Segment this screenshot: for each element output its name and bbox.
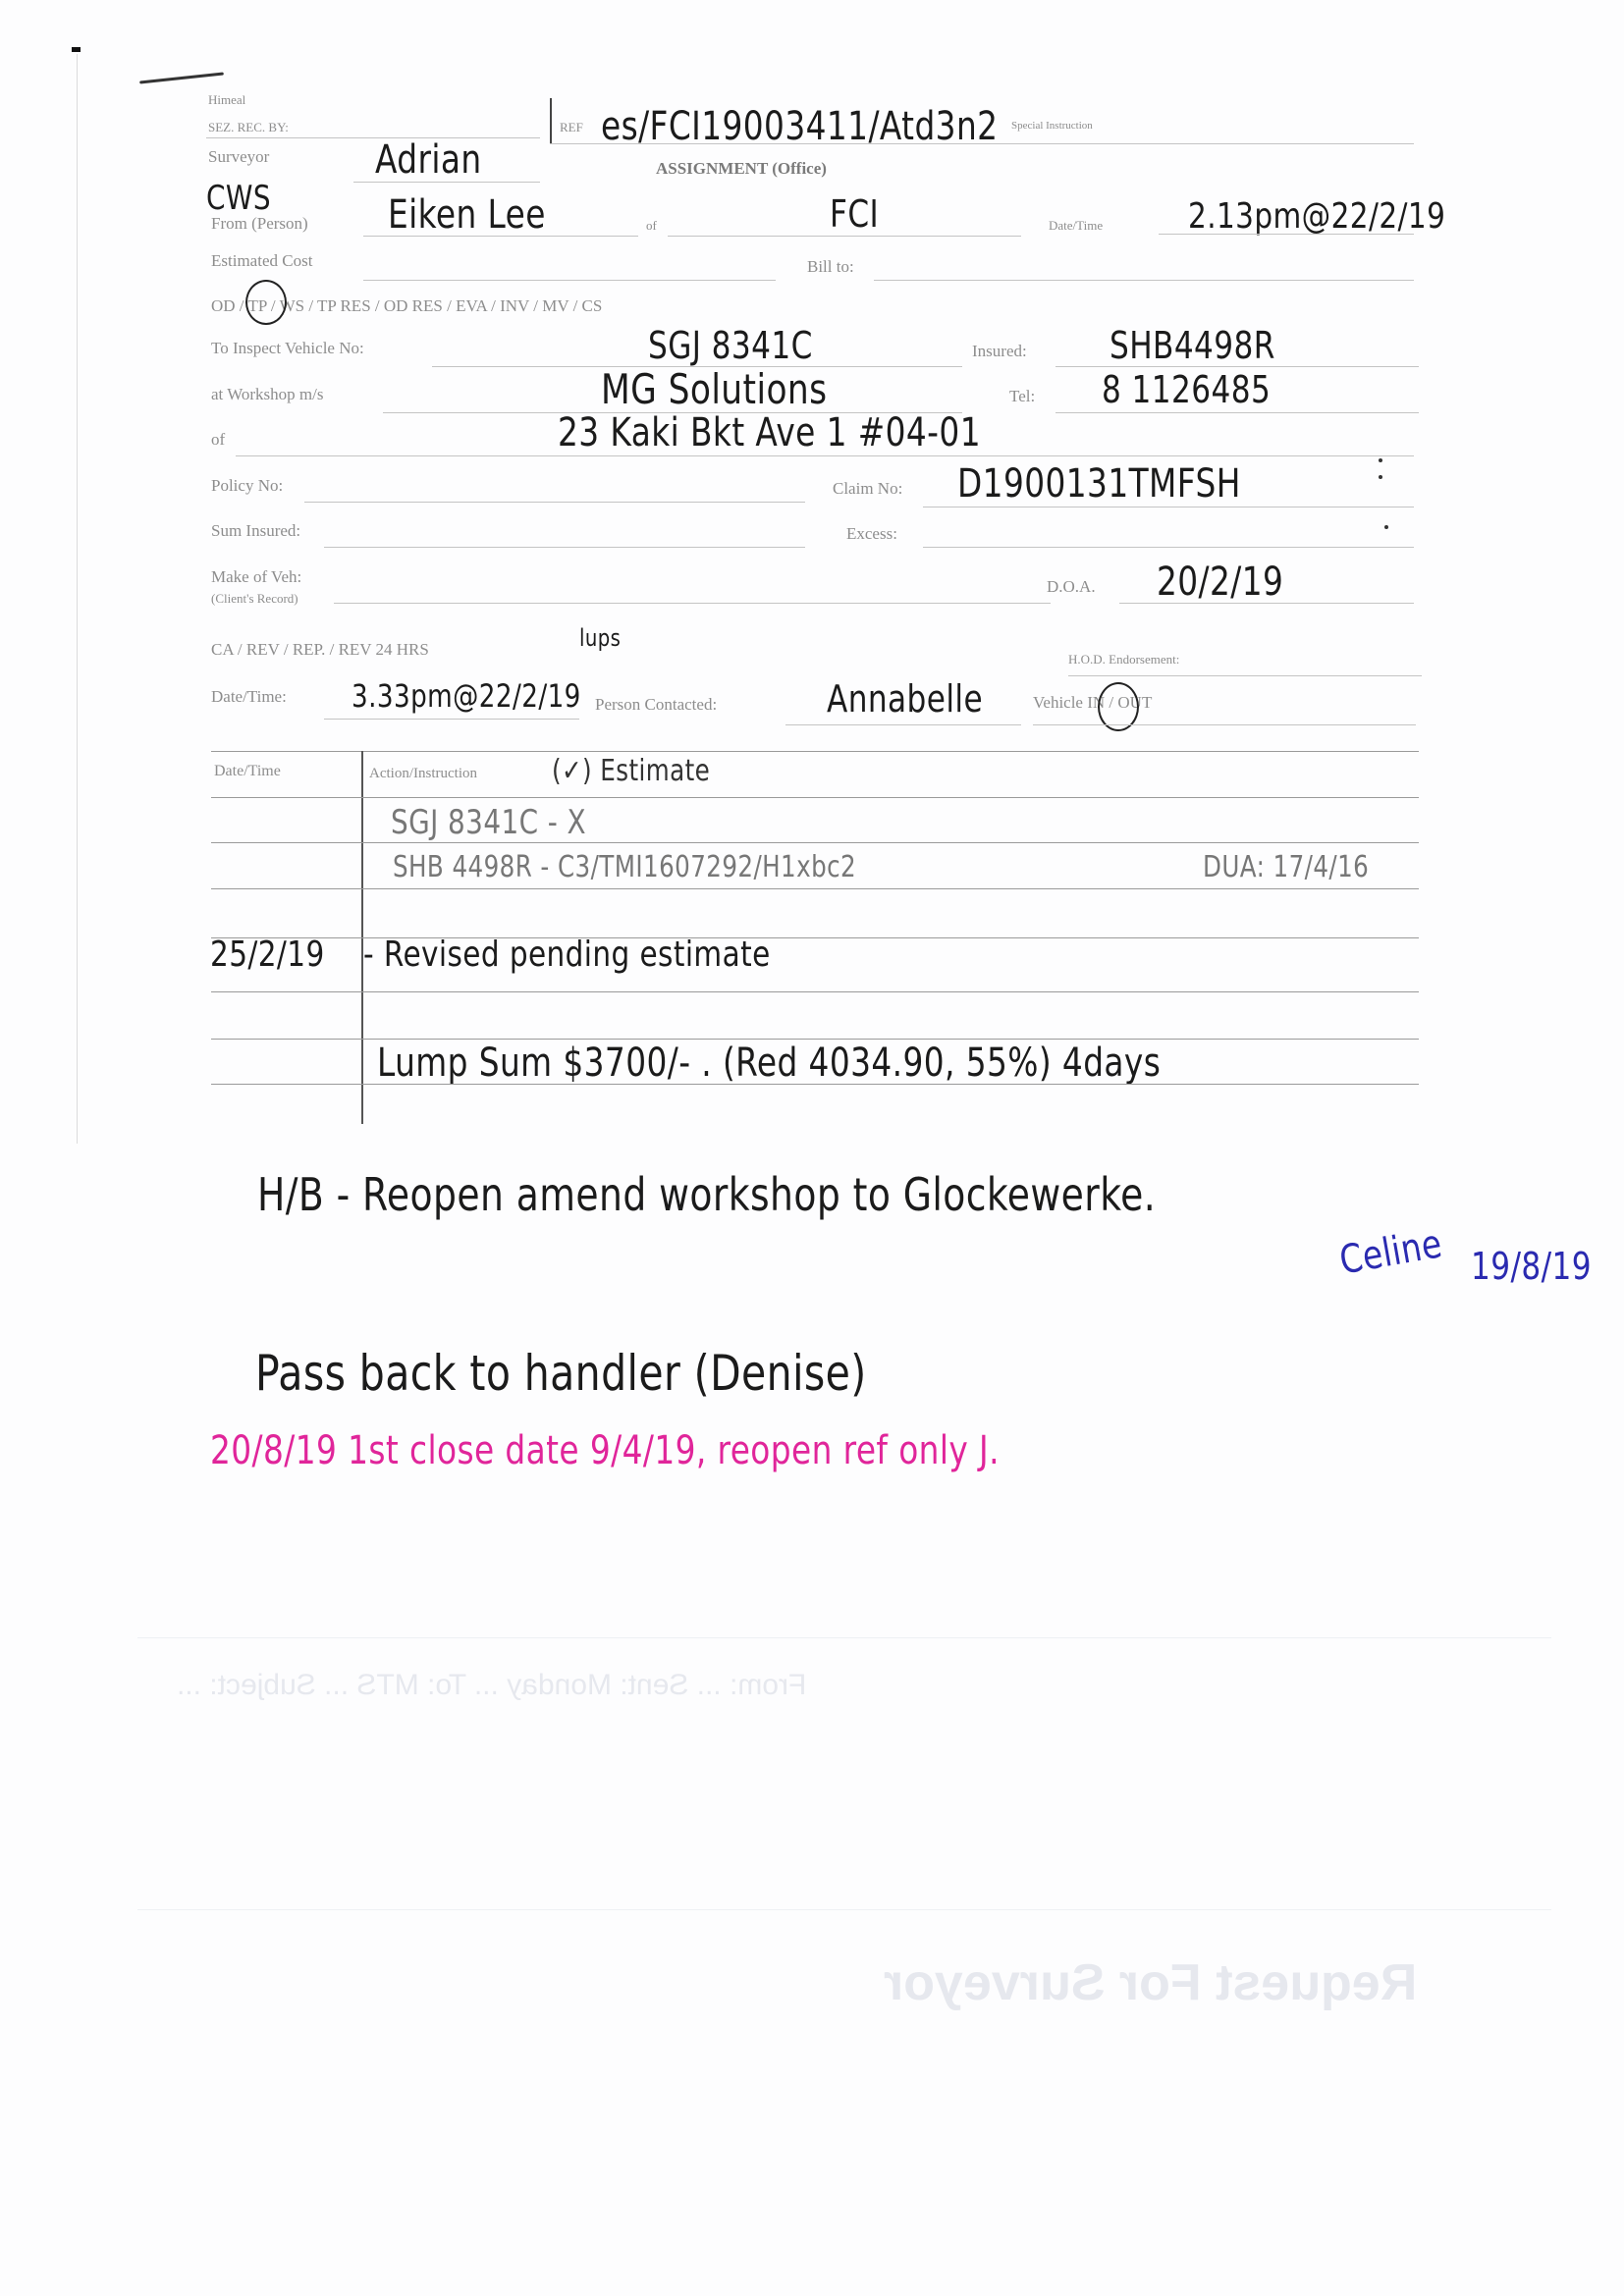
- surveyor-label: Surveyor: [208, 147, 269, 167]
- vehicle-no-value: SGJ 8341C: [648, 324, 813, 367]
- bleed-line: [137, 1637, 1551, 1638]
- ref-divider: [550, 98, 552, 143]
- sum-insured-label: Sum Insured:: [211, 521, 300, 541]
- tel-value: 8 1126485: [1102, 368, 1271, 411]
- scan-mark: [72, 47, 81, 52]
- log-entry-action: Lump Sum $3700/- . (Red 4034.90, 55%) 4d…: [377, 1041, 1161, 1086]
- header-small-label: Himeal: [208, 92, 245, 108]
- signature-date: 19/8/19: [1471, 1245, 1592, 1288]
- claim-no-label: Claim No:: [833, 479, 902, 499]
- log-entry-date: 25/2/19: [210, 934, 325, 975]
- clients-record-label: (Client's Record): [211, 591, 298, 607]
- hod-endorsement-label: H.O.D. Endorsement:: [1068, 652, 1179, 667]
- estimated-cost-label: Estimated Cost: [211, 251, 312, 271]
- insured-label: Insured:: [972, 342, 1027, 361]
- doa-value: 20/2/19: [1157, 560, 1283, 605]
- log-entry-action: SGJ 8341C - X: [391, 803, 586, 842]
- assignment-title: ASSIGNMENT (Office): [656, 159, 827, 179]
- of-label: of: [646, 218, 657, 234]
- category-circle-mark: [245, 280, 287, 325]
- person-contacted-value: Annabelle: [827, 677, 983, 721]
- contact-date-time-value: 3.33pm@22/2/19: [352, 677, 581, 715]
- pen-stroke: [139, 73, 224, 84]
- log-date-header: Date/Time: [214, 763, 281, 780]
- vehicle-no-label: To Inspect Vehicle No:: [211, 339, 364, 358]
- surveyor-value: Adrian: [375, 137, 482, 183]
- doa-label: D.O.A.: [1047, 577, 1096, 597]
- log-entry-action: - Revised pending estimate: [363, 934, 771, 975]
- of-company-value: FCI: [830, 192, 879, 236]
- ref-label: REF: [560, 120, 583, 135]
- reopen-note: H/B - Reopen amend workshop to Glockewer…: [257, 1168, 1156, 1221]
- make-of-veh-label: Make of Veh:: [211, 567, 301, 587]
- person-contacted-label: Person Contacted:: [595, 695, 717, 715]
- log-entry-action: SHB 4498R - C3/TMI1607292/H1xbc2: [393, 850, 856, 884]
- bleed-through-title: Request For Surveyor: [884, 1953, 1417, 2012]
- rev-note: lups: [579, 624, 621, 652]
- header-small-label: SEZ. REC. BY:: [208, 120, 289, 135]
- scan-edge: [77, 54, 78, 1144]
- workshop-label: at Workshop m/s: [211, 385, 323, 404]
- scanned-form-page: From: ... Sent: Monday ... To: MTS ... S…: [0, 0, 1624, 2296]
- signature: Celine: [1336, 1221, 1445, 1283]
- bill-to-label: Bill to:: [807, 257, 854, 277]
- date-time-label: Date/Time: [1049, 218, 1103, 234]
- from-person-label: From (Person): [211, 214, 308, 234]
- assigned-date-time: 2.13pm@22/2/19: [1188, 196, 1445, 237]
- excess-label: Excess:: [846, 524, 897, 544]
- log-entry-action: (✓) Estimate: [552, 754, 710, 788]
- insured-value: SHB4498R: [1110, 324, 1275, 367]
- special-instruction-label: Special Instruction: [1011, 120, 1093, 132]
- bleed-line: [137, 1909, 1551, 1910]
- tel-label: Tel:: [1009, 387, 1035, 406]
- log-entry-note: DUA: 17/4/16: [1203, 850, 1369, 884]
- policy-no-label: Policy No:: [211, 476, 283, 496]
- pass-back-note: Pass back to handler (Denise): [255, 1345, 867, 1402]
- pink-reopen-note: 20/8/19 1st close date 9/4/19, reopen re…: [210, 1428, 1000, 1473]
- contact-date-time-label: Date/Time:: [211, 687, 287, 707]
- address-label: of: [211, 430, 225, 450]
- bleed-through-text: From: ... Sent: Monday ... To: MTS ... S…: [177, 1669, 806, 1702]
- workshop-value: MG Solutions: [601, 365, 828, 413]
- log-action-header: Action/Instruction: [369, 766, 477, 782]
- from-prefix: CWS: [206, 179, 271, 218]
- address-value: 23 Kaki Bkt Ave 1 #04-01: [558, 410, 981, 455]
- rev-options-label: CA / REV / REP. / REV 24 HRS: [211, 640, 429, 660]
- from-person-value: Eiken Lee: [388, 192, 546, 238]
- claim-no-value: D1900131TMFSH: [957, 461, 1241, 507]
